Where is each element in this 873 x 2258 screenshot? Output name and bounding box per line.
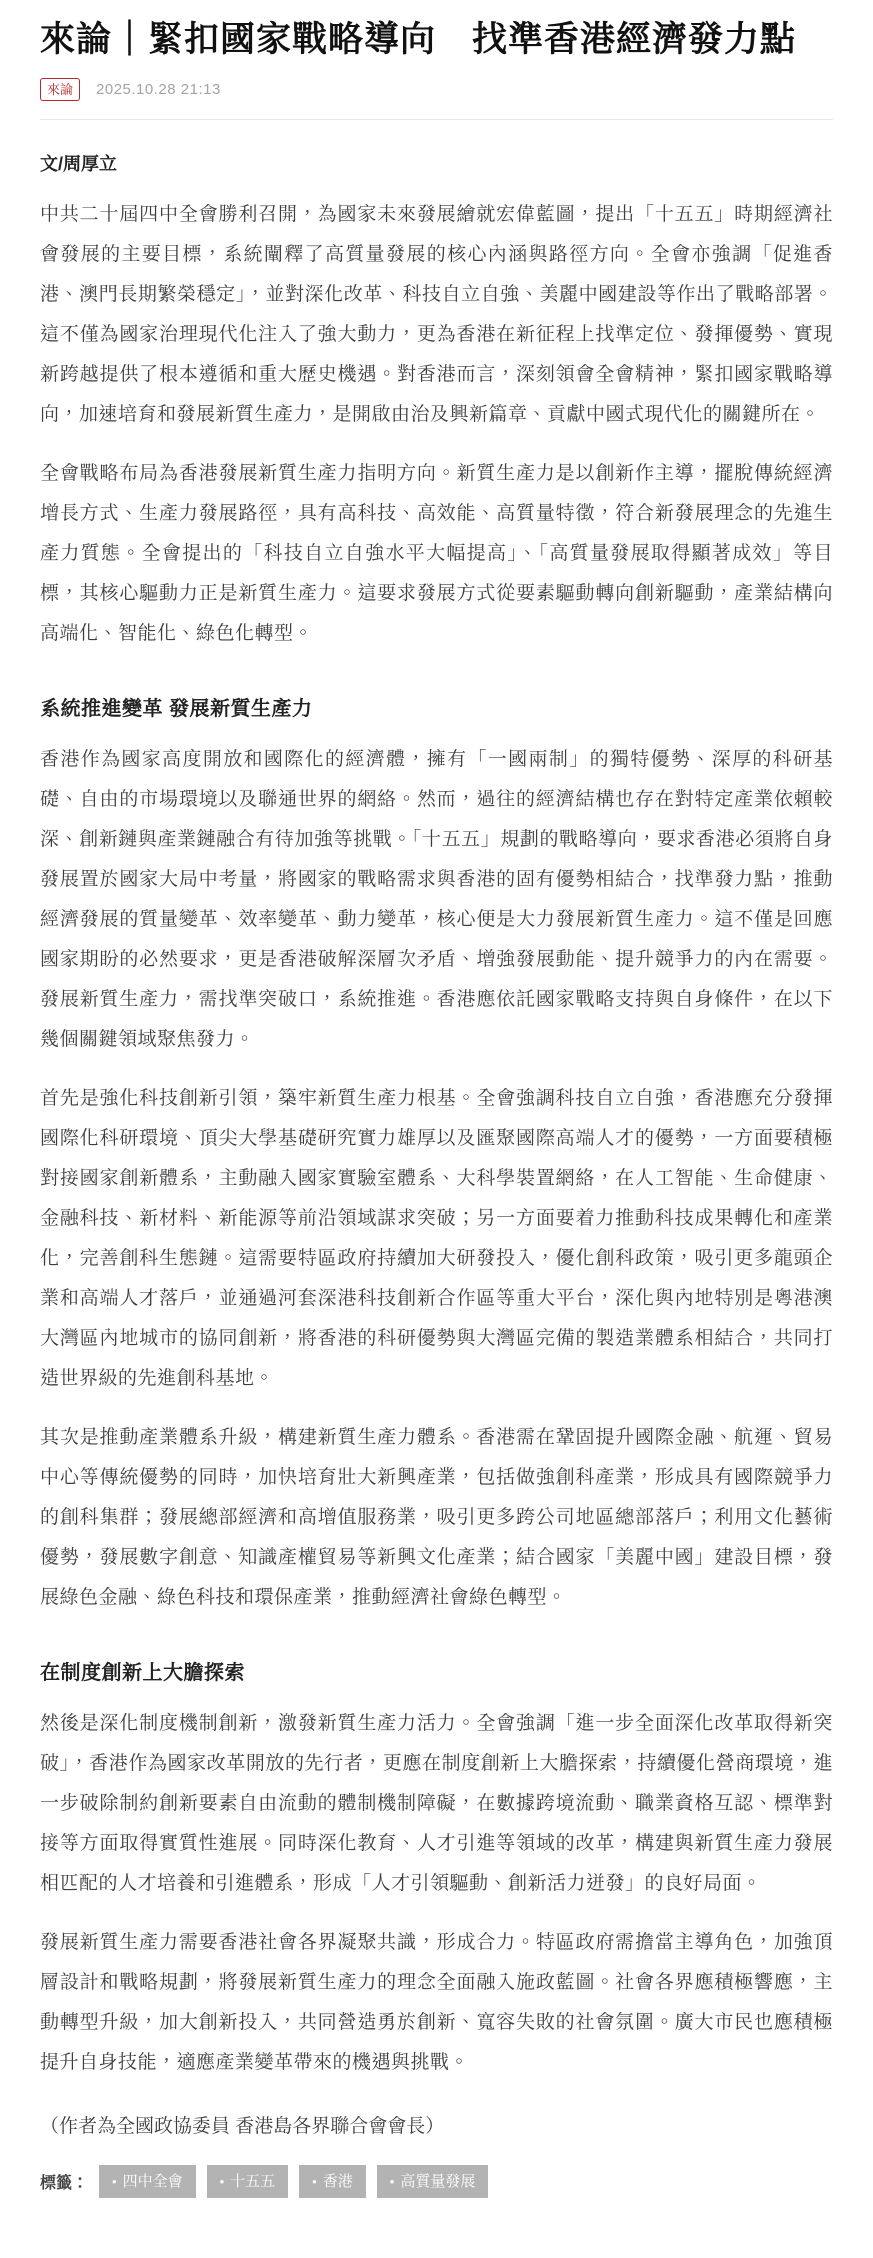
tags-label: 標籤： [40,2170,88,2193]
article-paragraph: 發展新質生產力需要香港社會各界凝聚共識，形成合力。特區政府需擔當主導角色，加強頂… [40,1923,833,2083]
tag-link[interactable]: • 香港 [299,2165,366,2198]
tag-bullet-icon: • [220,2175,225,2188]
article-meta: 來論 2025.10.28 21:13 [40,78,833,101]
section-heading: 在制度創新上大膽探索 [40,1656,833,1685]
tag-bullet-icon: • [112,2175,117,2188]
tag-label: 香港 [323,2174,353,2189]
article-paragraph: 全會戰略布局為香港發展新質生產力指明方向。新質生產力是以創新作主導，擺脫傳統經濟… [40,454,833,654]
tag-link[interactable]: • 十五五 [207,2165,289,2198]
tag-label: 四中全會 [123,2174,183,2189]
publish-timestamp: 2025.10.28 21:13 [96,81,221,98]
article-paragraph: 其次是推動產業體系升級，構建新質生產力體系。香港需在鞏固提升國際金融、航運、貿易… [40,1418,833,1618]
category-tag[interactable]: 來論 [40,78,80,101]
article-paragraph: 然後是深化制度機制創新，激發新質生產力活力。全會強調「進一步全面深化改革取得新突… [40,1704,833,1904]
tag-link[interactable]: • 高質量發展 [377,2165,489,2198]
article-body: 文/周厚立 中共二十屆四中全會勝利召開，為國家未來發展繪就宏偉藍圖，提出「十五五… [40,150,833,2198]
article-paragraph: 中共二十屆四中全會勝利召開，為國家未來發展繪就宏偉藍圖，提出「十五五」時期經濟社… [40,195,833,435]
author-byline: 文/周厚立 [40,150,833,176]
author-footnote: （作者為全國政協委員 香港島各界聯合會會長） [40,2107,833,2147]
section-heading: 系統推進變革 發展新質生產力 [40,692,833,721]
tags-row: 標籤： • 四中全會 • 十五五 • 香港 • 高質量發展 [40,2165,833,2198]
tag-label: 十五五 [230,2174,275,2189]
header-divider [40,119,833,120]
tag-link[interactable]: • 四中全會 [99,2165,196,2198]
page-title: 來論｜緊扣國家戰略導向 找準香港經濟發力點 [40,16,833,63]
article-paragraph: 香港作為國家高度開放和國際化的經濟體，擁有「一國兩制」的獨特優勢、深厚的科研基礎… [40,740,833,1060]
tag-label: 高質量發展 [400,2174,475,2189]
article-paragraph: 首先是強化科技創新引領，築牢新質生產力根基。全會強調科技自立自強，香港應充分發揮… [40,1079,833,1399]
article-page: 來論｜緊扣國家戰略導向 找準香港經濟發力點 來論 2025.10.28 21:1… [0,0,873,2258]
tag-bullet-icon: • [390,2175,395,2188]
tag-bullet-icon: • [312,2175,317,2188]
